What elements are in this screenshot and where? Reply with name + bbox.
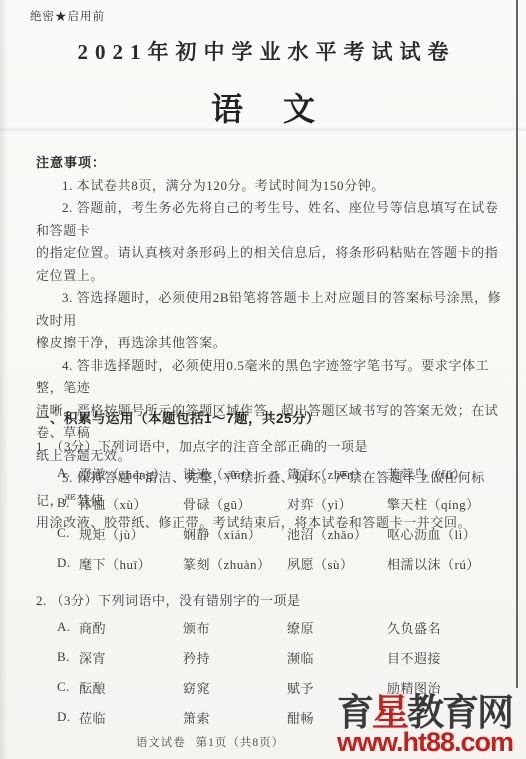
option-item: 莅临 [79, 708, 183, 727]
option-item: 呕心沥血（lì） [387, 524, 512, 543]
option-item: 久负盛名 [387, 618, 512, 637]
section-heading: 一、积累与运用（本题包括1～7题，共25分） [36, 407, 506, 427]
option-label: D. [57, 555, 79, 571]
notice-line: 1. 本试卷共8页，满分为120分。考试时间为150分钟。 [36, 175, 510, 198]
option-label: A. [57, 619, 79, 635]
notice-line: 3. 答选择题时，必须使用2B铅笔将答题卡上对应题目的答案标号涂黑，修改时用 [36, 287, 510, 332]
option-row: C. 规矩（jù） 娴静（xián） 池沼（zhǎo） 呕心沥血（lì） [57, 518, 512, 548]
option-item: 夙愿（sù） [287, 554, 387, 573]
option-label: A. [57, 465, 79, 481]
watermark-site-name: 育星教育网 [337, 694, 526, 731]
option-item: 酝酿 [79, 678, 183, 697]
option-row: B. 体恤（xù） 骨碌（gū） 对弈（yì） 擎天柱（qíng） [57, 488, 512, 518]
watermark-url: www.ht88.com [337, 729, 526, 756]
option-item: 规矩（jù） [79, 524, 183, 543]
option-item: 窈窕 [183, 678, 287, 697]
option-item: 篆刻（zhuàn） [183, 554, 287, 573]
option-item: 商酌 [79, 618, 183, 637]
notice-line: 4. 答非选择题时，必须使用0.5毫米的黑色字迹签字笔书写。要求字体工整，笔迹 [36, 355, 510, 400]
option-item: 澄澈（chéng） [79, 464, 183, 483]
option-item: 箴言（zhēn） [287, 464, 387, 483]
option-label: B. [57, 649, 79, 665]
option-label: B. [57, 495, 79, 511]
option-label: C. [57, 679, 79, 695]
subject-title: 语文 [0, 84, 526, 130]
option-row: B. 深宵 矜持 濒临 目不遐接 [57, 642, 512, 672]
question-1-stem: 1. （3分）下列词语中，加点字的注音全部正确的一项是 [36, 436, 506, 455]
option-row: A. 商酌 颁布 缭原 久负盛名 [57, 612, 512, 642]
option-item: 芙蓉鸟（fú） [387, 464, 512, 483]
option-item: 体恤（xù） [79, 494, 183, 513]
exam-paper-page: 绝密★启用前 2021年初中学业水平考试试卷 语文 注意事项： 1. 本试卷共8… [0, 0, 526, 759]
security-label: 绝密★启用前 [30, 8, 105, 24]
exam-title: 2021年初中学业水平考试试卷 [0, 36, 526, 66]
option-item: 池沼（zhǎo） [287, 524, 387, 543]
option-item: 目不遐接 [387, 648, 512, 667]
option-item: 箫索 [183, 708, 287, 727]
option-item: 擎天柱（qíng） [387, 494, 512, 513]
option-label: D. [57, 709, 79, 725]
question-2-stem: 2. （3分）下列词语中，没有错别字的一项是 [36, 590, 506, 609]
option-item: 深宵 [79, 648, 183, 667]
notice-line: 橡皮擦干净，再选涂其他答案。 [36, 332, 510, 355]
option-item: 濒临 [287, 648, 387, 667]
watermark: 育星教育网 www.ht88.com [337, 694, 526, 756]
option-row: A. 澄澈（chéng） 谦逊（xùn） 箴言（zhēn） 芙蓉鸟（fú） [57, 458, 512, 488]
option-item: 谦逊（xùn） [183, 464, 287, 483]
option-item: 麾下（huī） [79, 554, 183, 573]
option-label: C. [57, 525, 79, 541]
option-item: 对弈（yì） [287, 494, 387, 513]
notice-line: 2. 答题前，考生务必先将自己的考生号、姓名、座位号等信息填写在试卷和答题卡 [36, 197, 510, 242]
option-item: 骨碌（gū） [183, 494, 287, 513]
notice-line: 的指定位置。请认真核对条形码上的相关信息后，将条形码粘贴在答题卡的指定位置上。 [36, 242, 510, 287]
question-1-options: A. 澄澈（chéng） 谦逊（xùn） 箴言（zhēn） 芙蓉鸟（fú） B.… [57, 458, 512, 578]
option-item: 缭原 [287, 618, 387, 637]
option-item: 相濡以沫（rú） [387, 554, 512, 573]
option-item: 颁布 [183, 618, 287, 637]
option-row: D. 麾下（huī） 篆刻（zhuàn） 夙愿（sù） 相濡以沫（rú） [57, 548, 512, 578]
option-item: 矜持 [183, 648, 287, 667]
notice-heading: 注意事项： [36, 152, 510, 175]
option-item: 娴静（xián） [183, 524, 287, 543]
